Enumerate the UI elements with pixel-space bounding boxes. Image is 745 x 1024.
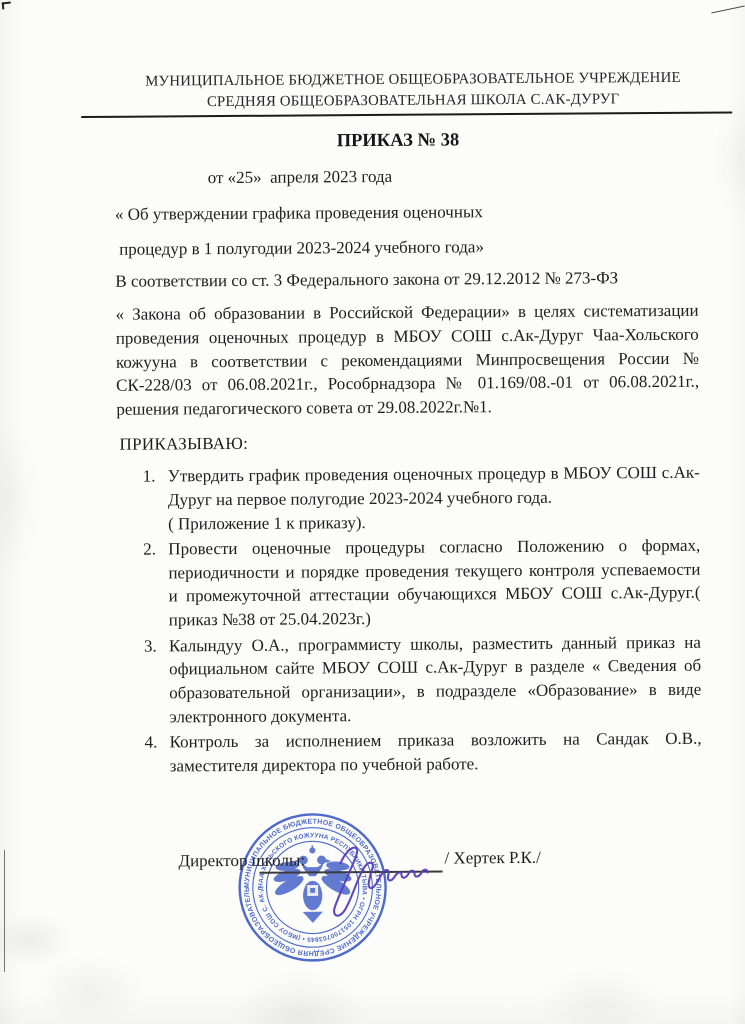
document-content: МУНИЦИПАЛЬНОЕ БЮДЖЕТНОЕ ОБЩЕОБРАЗОВАТЕЛЬ…	[0, 0, 745, 1024]
item-number: 1.	[143, 464, 168, 536]
item-appendix-note: ( Приложение 1 к приказу).	[168, 508, 700, 536]
order-subject-line1: « Об утверждении графика проведения оцен…	[115, 200, 483, 227]
item-text: Контроль за исполнением приказа возложит…	[170, 727, 702, 778]
order-item-1: 1. Утвердить график проведения оценочных…	[143, 461, 700, 536]
resolution-heading: ПРИКАЗЫВАЮ:	[119, 432, 248, 457]
order-subject-line2: процедур в 1 полугодии 2023-2024 учебног…	[119, 235, 484, 262]
order-preamble: « Закона об образовании в Российской Фед…	[116, 299, 700, 422]
legal-basis-line: В соответствии со ст. 3 Федерального зак…	[115, 266, 618, 294]
signature-stroke	[334, 847, 428, 916]
scanned-order-document: МУНИЦИПАЛЬНОЕ БЮДЖЕТНОЕ ОБЩЕОБРАЗОВАТЕЛЬ…	[0, 0, 745, 1024]
order-item-4: 4. Контроль за исполнением приказа возло…	[145, 727, 702, 778]
item-text: Провести оценочные процедуры согласно По…	[168, 534, 701, 633]
item-text-main: Утвердить график проведения оценочных пр…	[168, 463, 700, 510]
item-text: Калындуу О.А., программисту школы, разме…	[169, 630, 702, 729]
order-item-2: 2. Провести оценочные процедуры согласно…	[143, 534, 701, 633]
order-title: ПРИКАЗ № 38	[53, 128, 742, 154]
item-number: 2.	[143, 537, 169, 632]
order-items-list: 1. Утвердить график проведения оценочных…	[143, 461, 702, 780]
item-text: Утвердить график проведения оценочных пр…	[168, 461, 700, 536]
order-item-3: 3. Калындуу О.А., программисту школы, ра…	[144, 630, 702, 729]
signature-role-label: Директор школы:	[178, 850, 305, 871]
item-number: 3.	[144, 634, 170, 729]
document-header: МУНИЦИПАЛЬНОЕ БЮДЖЕТНОЕ ОБЩЕОБРАЗОВАТЕЛЬ…	[84, 67, 742, 114]
signature-name-label: / Хертек Р.К./	[444, 848, 541, 869]
handwritten-signature	[302, 832, 468, 928]
scan-artifact-left-line	[4, 850, 5, 972]
order-date: от «25» апреля 2023 года	[208, 167, 393, 188]
item-number: 4.	[145, 731, 170, 779]
scan-artifact-corner-mark	[2, 2, 12, 10]
